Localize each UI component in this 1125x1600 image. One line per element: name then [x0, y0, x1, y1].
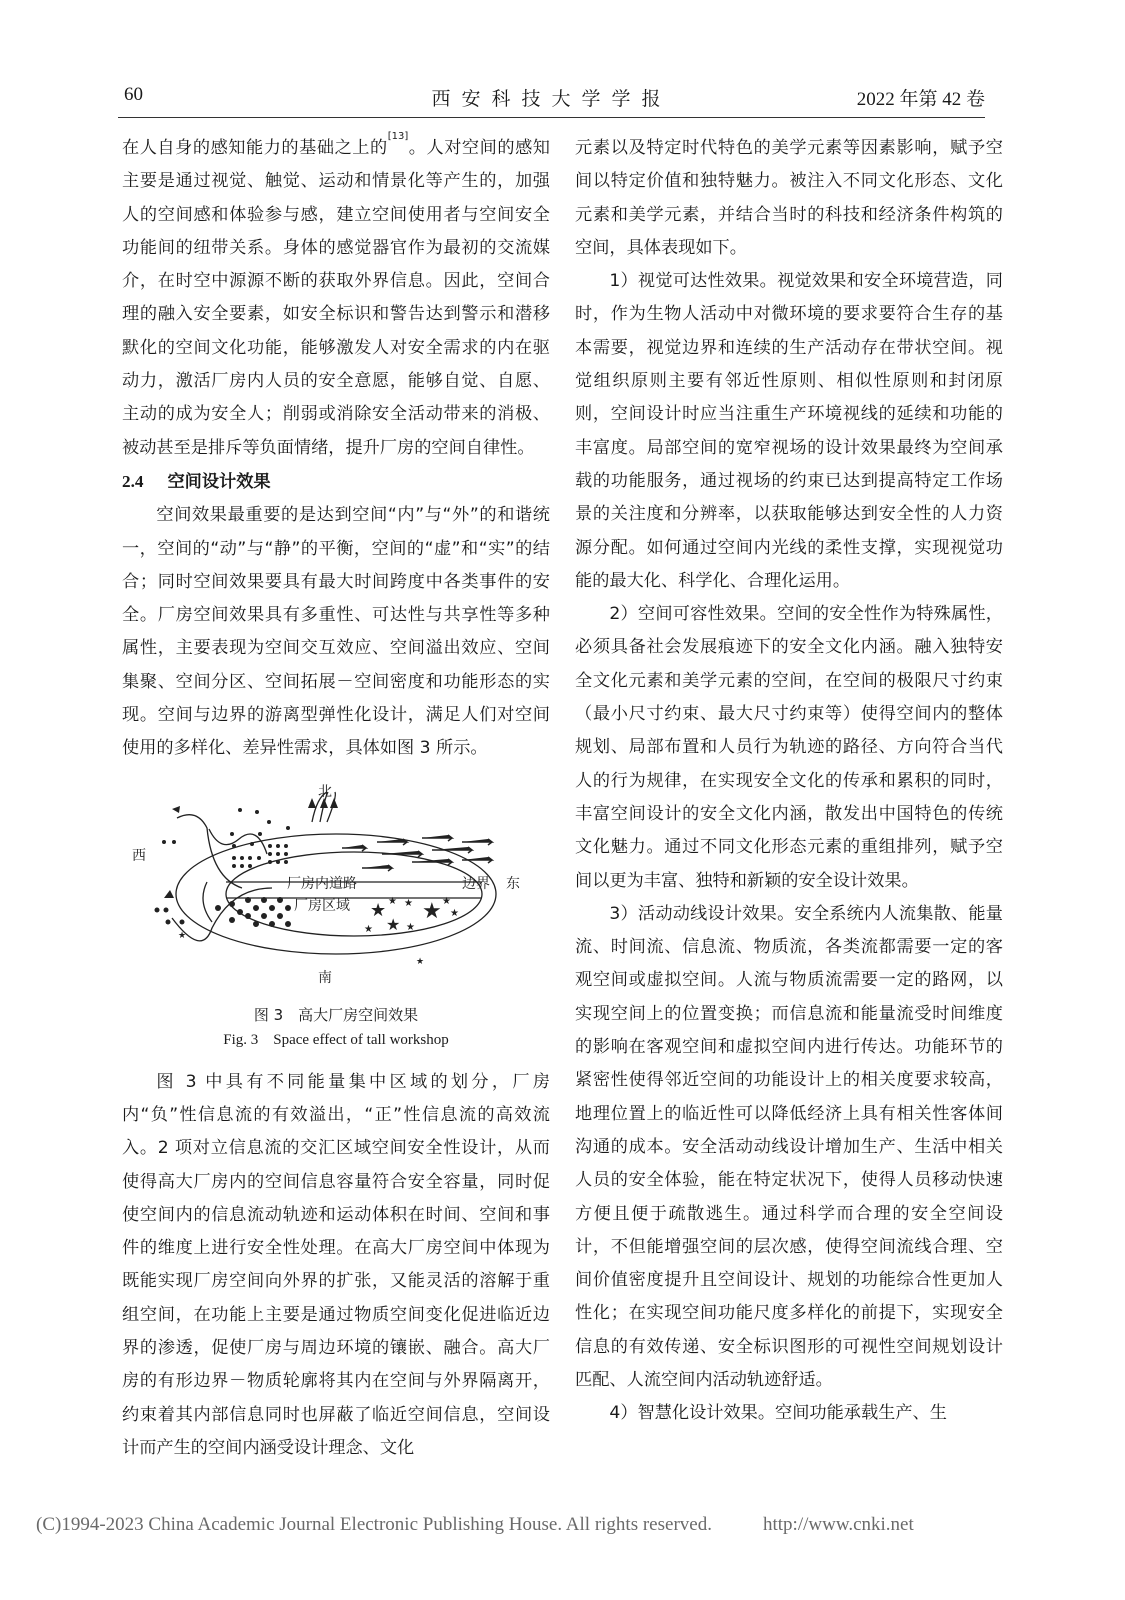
svg-text:★: ★: [178, 931, 186, 941]
header-rule: [118, 117, 985, 118]
citation[interactable]: [13]: [388, 131, 409, 142]
paragraph: 元素以及特定时代特色的美学元素等因素影响，赋予空间以特定价值和独特魅力。被注入不…: [575, 132, 1003, 265]
label-east: 东: [506, 876, 520, 892]
svg-text:★: ★: [422, 899, 442, 924]
svg-text:★: ★: [388, 896, 397, 907]
left-column: 在人自身的感知能力的基础之上的[13]。人对空间的感知主要是通过视觉、触觉、运动…: [122, 132, 550, 1465]
paragraph: 空间效果最重要的是达到空间“内”与“外”的和谐统一，空间的“动”与“静”的平衡，…: [122, 499, 550, 765]
label-area: 厂房区域: [294, 897, 350, 914]
arrows-east: [342, 835, 492, 871]
section-heading: 2.4空间设计效果: [122, 465, 550, 499]
figure-caption-cn: 图 3 高大厂房空间效果: [122, 1002, 550, 1028]
section-number: 2.4: [122, 472, 143, 491]
svg-text:★: ★: [364, 924, 373, 935]
svg-text:★: ★: [370, 900, 386, 921]
paragraph: 图 3 中具有不同能量集中区域的划分，厂房内“负”性信息流的有效溢出，“正”性信…: [122, 1066, 550, 1466]
section-title: 空间设计效果: [167, 472, 270, 492]
right-column: 元素以及特定时代特色的美学元素等因素影响，赋予空间以特定价值和独特魅力。被注入不…: [575, 132, 1003, 1431]
svg-text:★: ★: [404, 898, 413, 909]
svg-text:★: ★: [450, 908, 459, 919]
label-south: 南: [318, 969, 332, 986]
journal-title: 西安科技大学学报: [118, 84, 985, 111]
volume-info: 2022 年第 42 卷: [857, 84, 985, 111]
figure-caption-en: Fig. 3 Space effect of tall workshop: [122, 1028, 550, 1052]
svg-text:★: ★: [416, 957, 424, 967]
footer-link[interactable]: http://www.cnki.net: [763, 1514, 914, 1536]
list-item: 4）智慧化设计效果。空间功能承载生产、生: [575, 1397, 1003, 1430]
copyright-notice: (C)1994-2023 China Academic Journal Elec…: [36, 1514, 712, 1536]
label-road: 厂房内道路: [287, 875, 357, 892]
list-item: 3）活动动线设计效果。安全系统内人流集散、能量流、时间流、信息流、物质流，各类流…: [575, 898, 1003, 1397]
running-header: 60 西安科技大学学报 2022 年第 42 卷: [118, 84, 985, 112]
figure-3: ★★ ★★ ★★ ★★ ★★ ★ 北 南 西 东 边界 厂房内道路 厂房区域: [122, 782, 550, 1002]
list-item: 2）空间可容性效果。空间的安全性作为特殊属性，必须具备社会发展痕迹下的安全文化内…: [575, 598, 1003, 898]
label-boundary: 边界: [462, 876, 490, 892]
label-north: 北: [318, 784, 332, 800]
svg-text:★: ★: [406, 922, 415, 933]
list-item: 1）视觉可达性效果。视觉效果和安全环境营造，同时，作为生物人活动中对微环境的要求…: [575, 265, 1003, 598]
label-west: 西: [132, 848, 146, 864]
space-effect-diagram: ★★ ★★ ★★ ★★ ★★ ★ 北 南 西 东 边界 厂房内道路 厂房区域: [122, 782, 550, 1002]
svg-text:★: ★: [386, 915, 400, 934]
diamond-clusters: [215, 897, 291, 927]
svg-text:★: ★: [442, 896, 451, 907]
paragraph: 在人自身的感知能力的基础之上的[13]。人对空间的感知主要是通过视觉、触觉、运动…: [122, 132, 550, 465]
